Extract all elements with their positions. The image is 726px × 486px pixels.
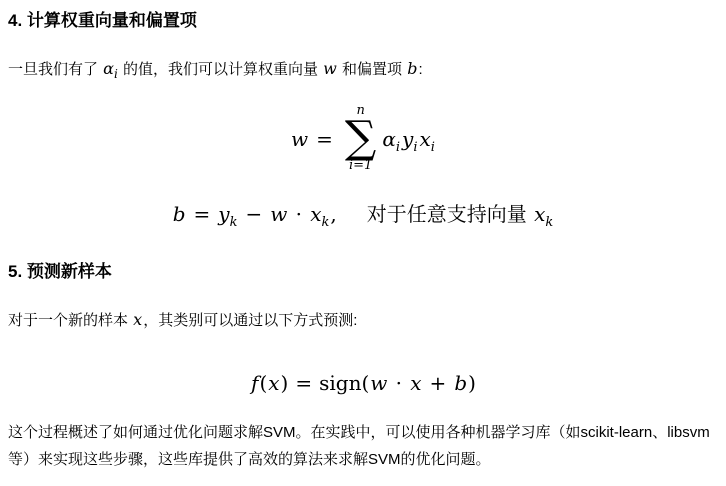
math-variable: w [323, 59, 337, 78]
section-heading-predict-sample: 5. 预测新样本 [8, 262, 718, 282]
math-variable: x [268, 371, 279, 395]
paragraph-new-sample: 对于一个新的样本 x，其类别可以通过以下方式预测: [8, 306, 718, 334]
summation-symbol: n∑i=1 [345, 104, 376, 172]
math-text: 一旦我们有了 [8, 61, 102, 78]
formula-bias-term: b=yk−w⋅xk,对于任意支持向量 xk [8, 201, 718, 228]
math-variable: αi [103, 59, 118, 78]
math-function: sign [319, 371, 361, 395]
math-operator: + [430, 371, 447, 395]
math-text: 的值，我们可以计算权重向量 [119, 61, 322, 78]
formula-weight-vector: w=n∑i=1αiyixi [8, 107, 718, 175]
math-variable: yi [402, 127, 417, 151]
math-text: 对于一个新的样本 [8, 312, 132, 329]
math-operator: = [194, 202, 211, 226]
math-punctuation: ( [259, 371, 267, 395]
math-punctuation: ) [468, 371, 476, 395]
math-variable: f [251, 371, 258, 395]
math-variable: b [454, 371, 467, 395]
math-text: 对于任意支持向量 [367, 202, 533, 226]
math-variable: xi [420, 127, 435, 151]
math-text: : [418, 61, 422, 78]
math-variable: w [270, 202, 287, 226]
section-heading-compute-weights: 4. 计算权重向量和偏置项 [8, 0, 718, 31]
paragraph-alpha-values: 一旦我们有了 αi 的值，我们可以计算权重向量 w 和偏置项 b: [8, 55, 718, 83]
math-operator: ⋅ [295, 202, 302, 226]
math-variable: b [407, 59, 417, 78]
math-variable: w [291, 127, 308, 151]
formula-decision-function: f(x)=sign(w⋅x+b) [8, 370, 718, 397]
math-variable: x [410, 371, 421, 395]
math-text: 和偏置项 [338, 61, 406, 78]
math-punctuation: , [330, 202, 336, 226]
math-variable: b [173, 202, 186, 226]
math-punctuation: ) [281, 371, 289, 395]
math-variable: xk [534, 202, 553, 226]
math-operator: = [316, 127, 333, 151]
math-variable: yk [218, 202, 237, 226]
math-variable: xk [310, 202, 329, 226]
math-variable: w [370, 371, 387, 395]
math-text: ，其类别可以通过以下方式预测: [143, 312, 357, 329]
math-variable: x [133, 310, 142, 329]
math-variable: αi [382, 127, 400, 151]
paragraph-conclusion: 这个过程概述了如何通过优化问题求解SVM。在实践中，可以使用各种机器学习库（如s… [8, 419, 718, 473]
math-operator: = [295, 371, 312, 395]
math-operator: ⋅ [395, 371, 402, 395]
document-page: 4. 计算权重向量和偏置项 一旦我们有了 αi 的值，我们可以计算权重向量 w … [8, 0, 718, 473]
math-operator: − [245, 202, 262, 226]
math-punctuation: ( [361, 371, 369, 395]
